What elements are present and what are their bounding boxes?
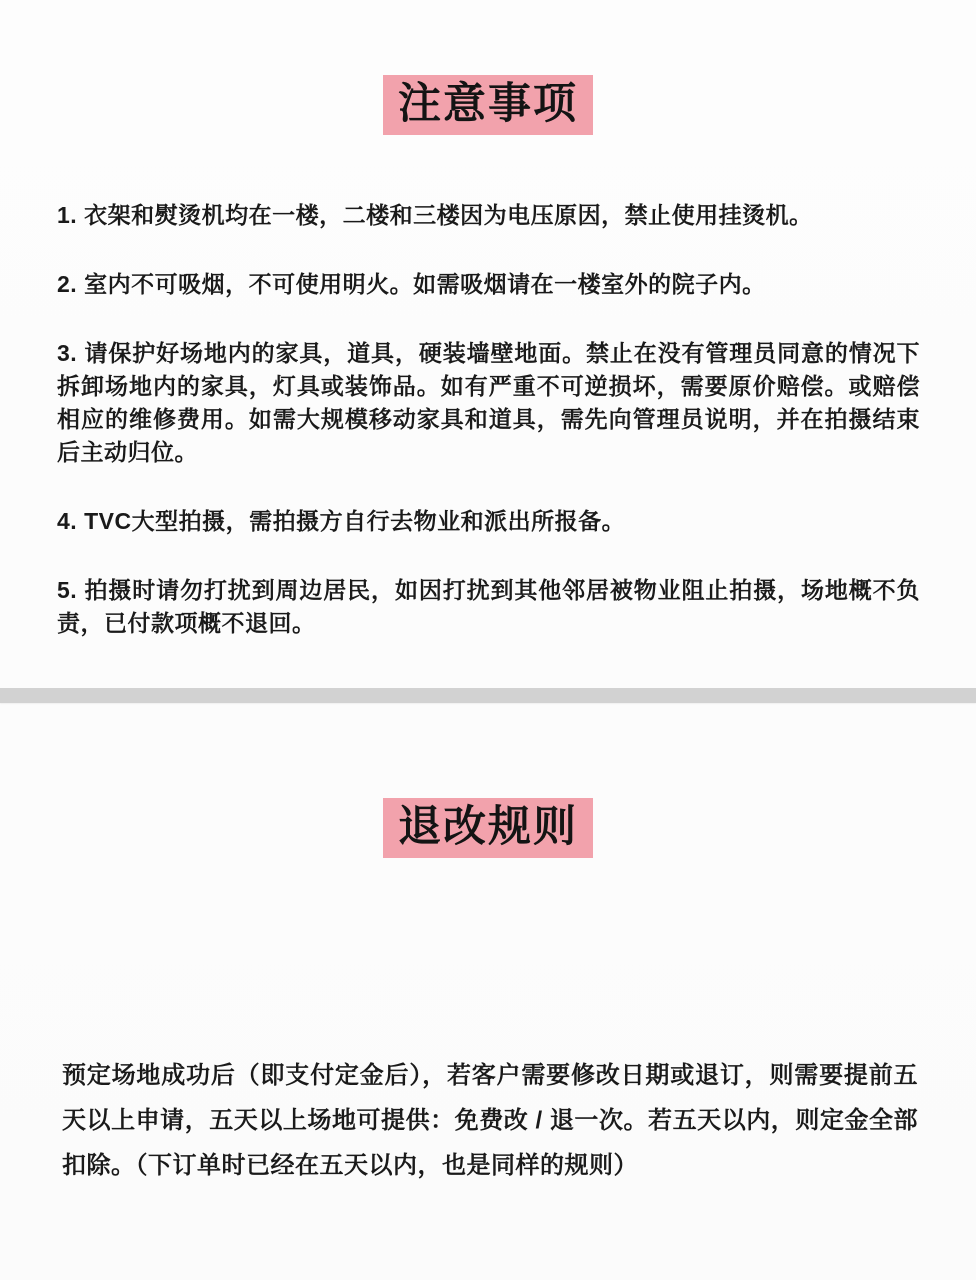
notice-item-4: 4. TVC大型拍摄，需拍摄方自行去物业和派出所报备。 [57, 505, 920, 538]
notice-document-page: 注意事项 1. 衣架和熨烫机均在一楼，二楼和三楼因为电压原因，禁止使用挂烫机。 … [0, 0, 976, 1280]
notice-item-5: 5. 拍摄时请勿打扰到周边居民，如因打扰到其他邻居被物业阻止拍摄，场地概不负责，… [57, 574, 920, 640]
notice-item-1: 1. 衣架和熨烫机均在一楼，二楼和三楼因为电压原因，禁止使用挂烫机。 [57, 199, 920, 232]
rules-section-title: 退改规则 [383, 798, 593, 858]
rules-title-row: 退改规则 [0, 703, 976, 858]
notice-section-title: 注意事项 [383, 75, 593, 135]
rules-section: 退改规则 预定场地成功后（即支付定金后），若客户需要修改日期或退订，则需要提前五… [0, 703, 976, 1188]
notice-item-list: 1. 衣架和熨烫机均在一楼，二楼和三楼因为电压原因，禁止使用挂烫机。 2. 室内… [0, 199, 976, 640]
rules-body-text: 预定场地成功后（即支付定金后），若客户需要修改日期或退订，则需要提前五天以上申请… [0, 1053, 976, 1188]
notice-item-2: 2. 室内不可吸烟，不可使用明火。如需吸烟请在一楼室外的院子内。 [57, 268, 920, 301]
notice-title-row: 注意事项 [0, 0, 976, 135]
section-divider [0, 688, 976, 703]
notice-section: 注意事项 1. 衣架和熨烫机均在一楼，二楼和三楼因为电压原因，禁止使用挂烫机。 … [0, 0, 976, 640]
notice-item-3: 3. 请保护好场地内的家具，道具，硬装墙壁地面。禁止在没有管理员同意的情况下拆卸… [57, 337, 920, 469]
